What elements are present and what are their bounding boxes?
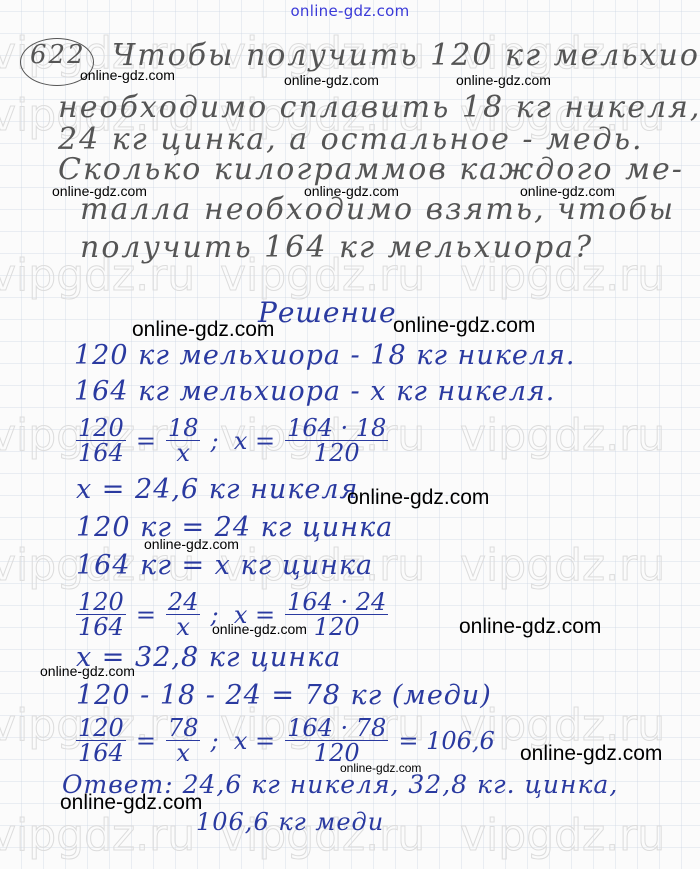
fraction: 164 · 78120: [285, 716, 388, 765]
fraction: 164 · 18120: [285, 416, 388, 465]
overlay-watermark: online-gdz.com: [60, 791, 202, 815]
problem-line: Чтобы получить 120 кг мельхиора,: [112, 38, 700, 73]
overlay-watermark: online-gdz.com: [520, 742, 662, 766]
problem-number: 622: [30, 40, 86, 70]
problem-line: Сколько килограммов каждого ме-: [58, 152, 684, 187]
overlay-watermark: online-gdz.com: [52, 183, 147, 199]
problem-line: получить 164 кг мельхиора?: [80, 230, 593, 265]
overlay-watermark: online-gdz.com: [40, 663, 135, 679]
solution-line: 164 кг мельхиора - x кг никеля.: [74, 376, 555, 407]
overlay-watermark: online-gdz.com: [393, 314, 535, 338]
solution-heading: Решение: [258, 296, 397, 329]
result-copper-value: = 106,6: [398, 727, 494, 755]
overlay-watermark: online-gdz.com: [132, 318, 274, 342]
fraction: 18x: [166, 416, 201, 465]
bg-watermark: vipgdz.ru: [460, 410, 665, 461]
answer-continued: 106,6 кг меди: [196, 808, 384, 836]
overlay-watermark: online-gdz.com: [212, 621, 307, 637]
overlay-watermark: online-gdz.com: [144, 536, 239, 552]
solution-line: 164 кг = x кг цинка: [76, 550, 373, 581]
bg-watermark: vipgdz.ru: [460, 540, 665, 591]
overlay-watermark: online-gdz.com: [80, 67, 175, 83]
overlay-watermark: online-gdz.com: [284, 72, 379, 88]
homework-page: vipgdz.ru vipgdz.ru vipgdz.ru vipgdz.ru …: [0, 0, 700, 869]
solution-line: 120 кг мельхиора - 18 кг никеля.: [74, 340, 575, 371]
overlay-watermark: online-gdz.com: [520, 183, 615, 199]
overlay-watermark: online-gdz.com: [340, 761, 421, 775]
overlay-watermark: online-gdz.com: [304, 183, 399, 199]
bg-watermark: vipgdz.ru: [460, 810, 665, 861]
proportion-1: 120164 = 18x ; x = 164 · 18120: [76, 416, 388, 465]
problem-line: необходимо сплавить 18 кг никеля,: [58, 90, 700, 125]
overlay-watermark: online-gdz.com: [347, 486, 489, 510]
fraction: 78x: [166, 716, 201, 765]
bg-watermark: vipgdz.ru: [0, 810, 195, 861]
overlay-watermark: online-gdz.com: [459, 615, 601, 639]
solution-line: 120 - 18 - 24 = 78 кг (меди): [76, 680, 492, 711]
proportion-3: 120164 = 78x ; x = 164 · 78120 = 106,6: [76, 716, 495, 765]
fraction: 24x: [166, 590, 201, 639]
result-nickel: x = 24,6 кг никеля: [76, 474, 358, 505]
overlay-watermark: online-gdz.com: [456, 72, 551, 88]
fraction: 120164: [76, 716, 126, 765]
fraction: 120164: [76, 590, 126, 639]
site-link[interactable]: online-gdz.com: [0, 2, 700, 20]
fraction: 120164: [76, 416, 126, 465]
